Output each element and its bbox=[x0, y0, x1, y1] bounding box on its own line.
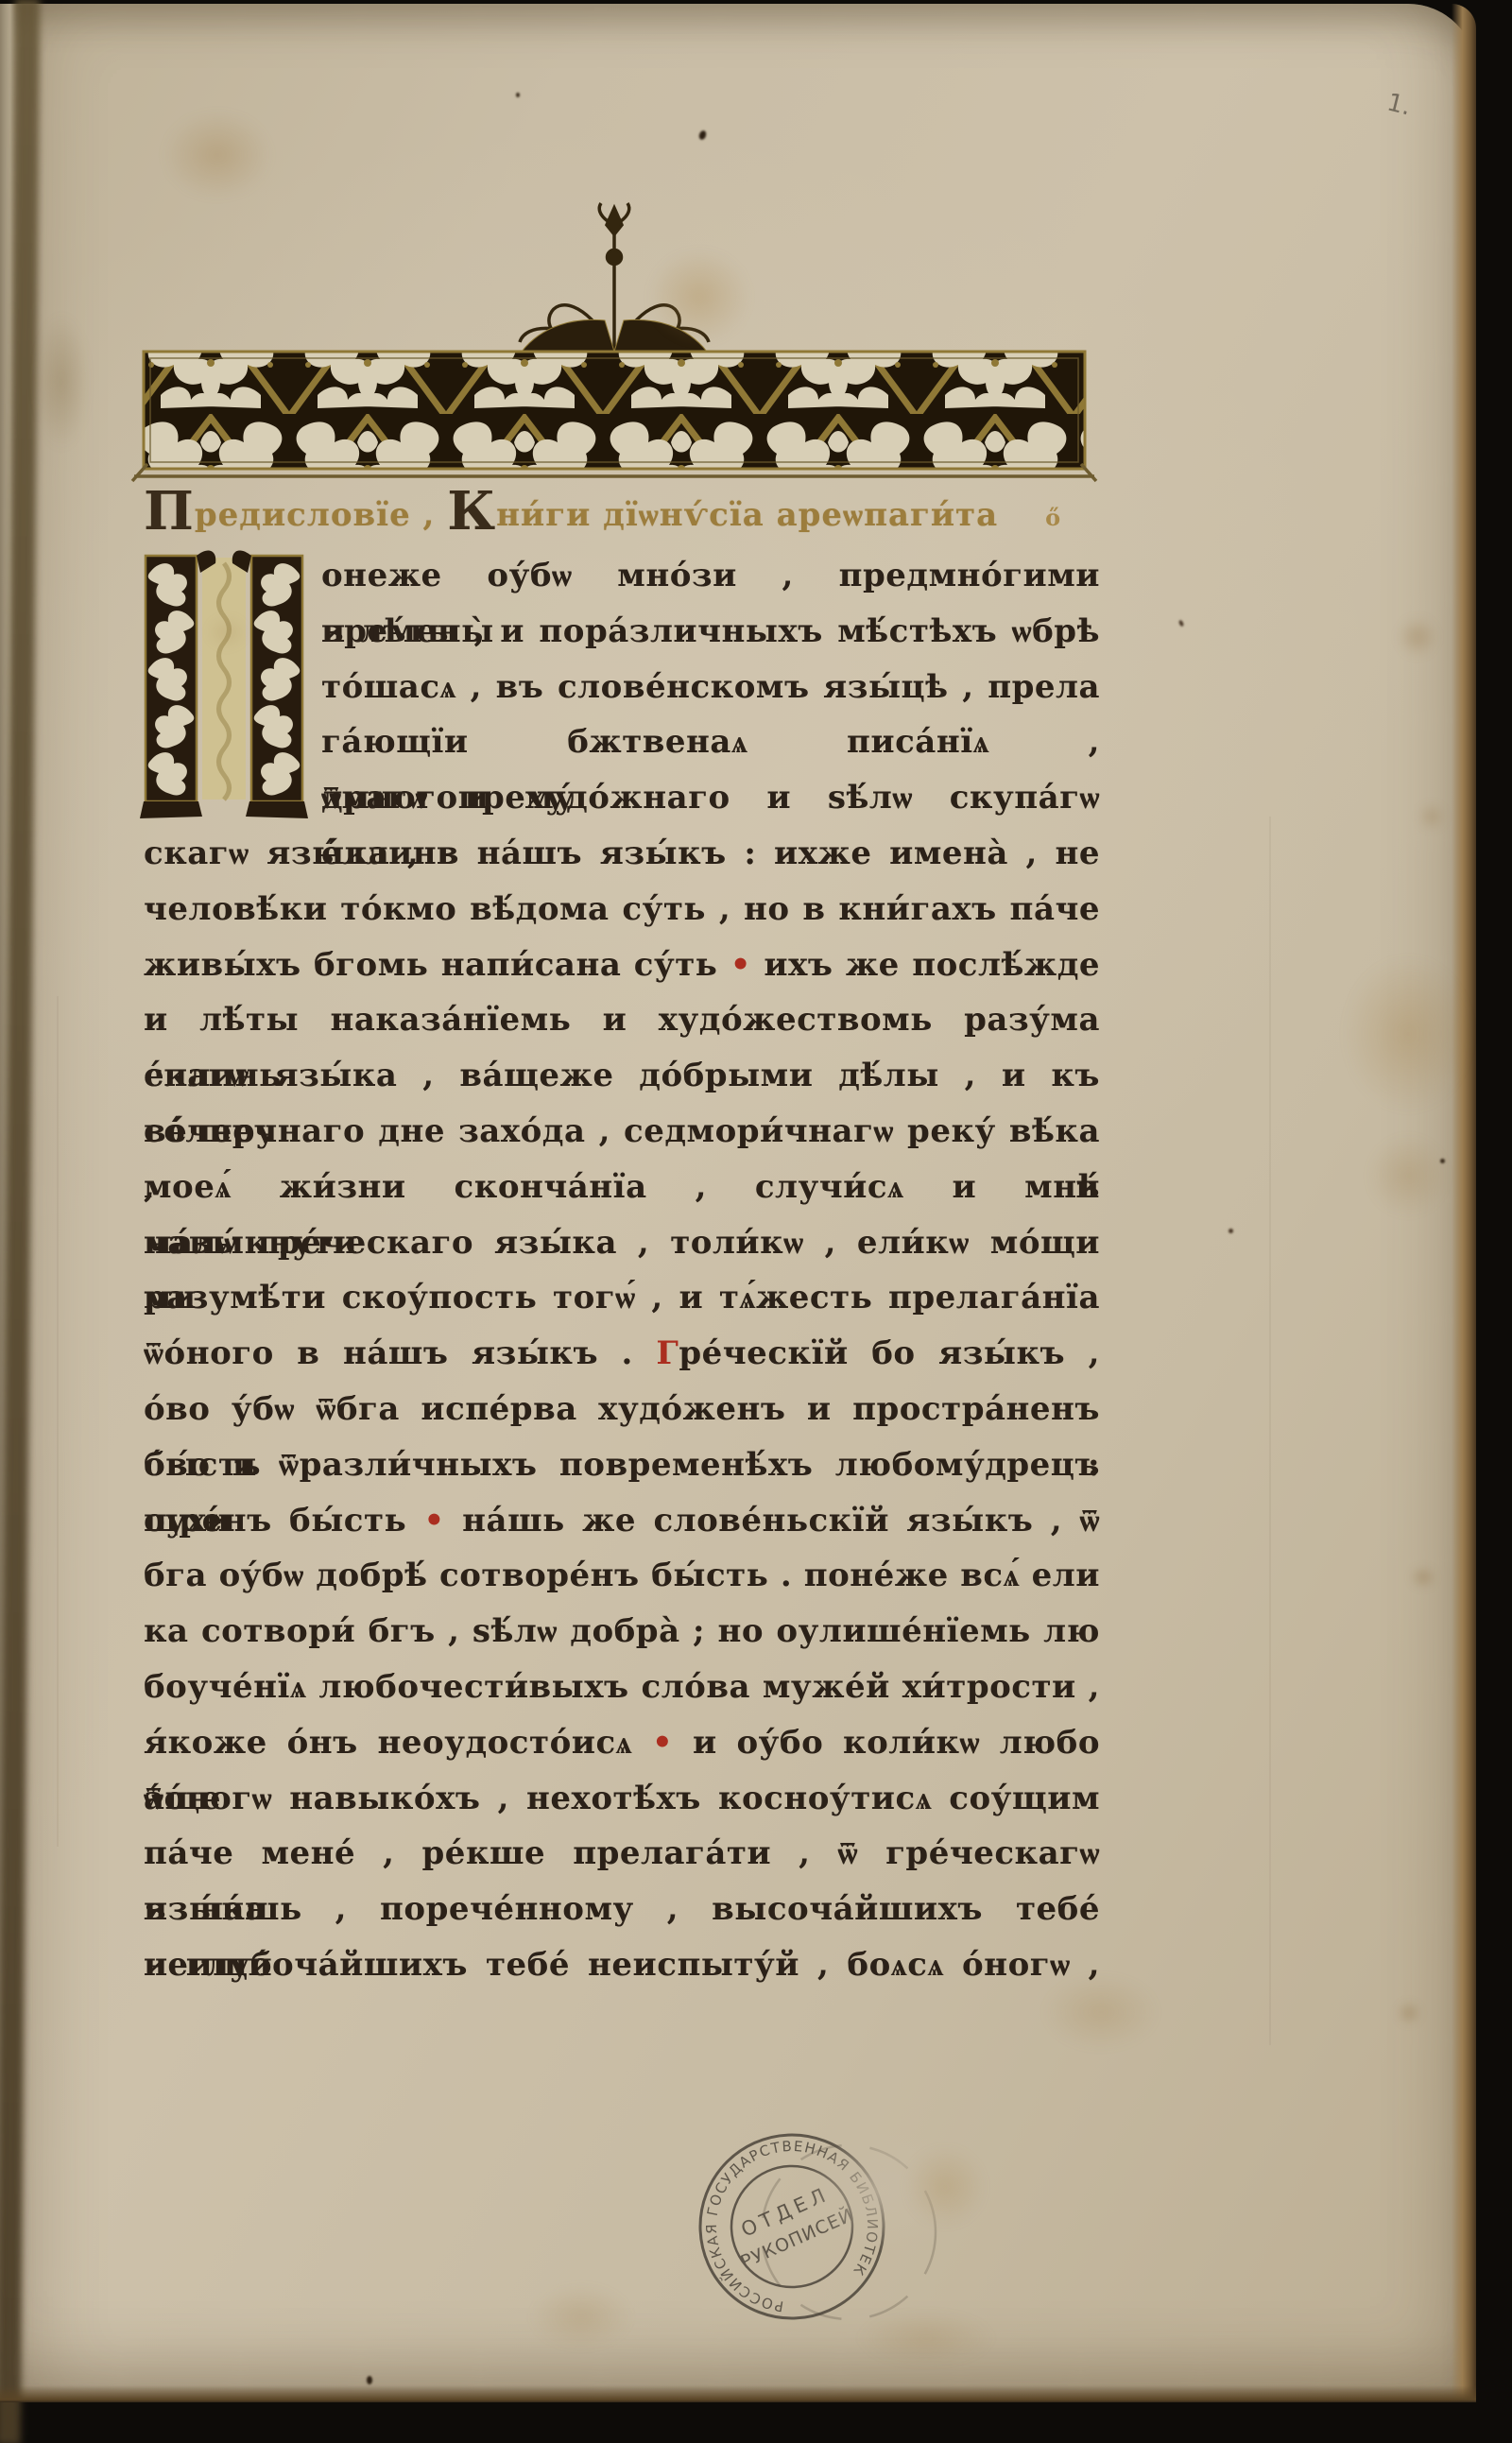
ink-speck bbox=[516, 93, 520, 97]
stain-spot bbox=[628, 231, 770, 363]
stain-spot bbox=[198, 609, 255, 656]
paper-crease bbox=[57, 996, 59, 1847]
text-segment: и глубоча́йшихъ тебе́ неиспыту́й , боѧсѧ… bbox=[144, 1946, 1100, 1984]
text-segment: К bbox=[447, 480, 496, 542]
foxing-spot bbox=[1389, 609, 1446, 665]
stain-spot bbox=[142, 94, 293, 216]
text-segment: ни́ги дїѡнѵ́сїа ареѡпаги́та bbox=[496, 496, 998, 534]
text-segment: ѿо́ного в на́шъ язы́къ . bbox=[144, 1334, 656, 1372]
manuscript-line: онеже оу́бѡ мно́зи , предмно́гими времен… bbox=[144, 548, 1100, 604]
manuscript-line: моеѧ́ жи́зни сконча́нїа , случи́сѧ и мнѣ… bbox=[144, 1160, 1100, 1215]
manuscript-line: разумѣ́ти скоу́пость тогѡ́ , и тѧ́жесть … bbox=[144, 1270, 1100, 1326]
manuscript-line: в на́шь , порече́нному , высоча́йшихъ те… bbox=[144, 1882, 1100, 1937]
text-segment: • bbox=[652, 1724, 673, 1762]
text-segment: то́шасѧ , въ слове́нскомъ язы́цѣ , прела bbox=[321, 668, 1100, 706]
stain-spot bbox=[832, 2300, 1021, 2376]
text-segment: щре́нъ бы́сть bbox=[144, 1502, 424, 1540]
manuscript-line: па́че мене́ , ре́кше прелага́ти , ѿ гре́… bbox=[144, 1826, 1100, 1882]
text-segment: ка сотвори́ бгъ , ѕѣ́лѡ добра̀ ; но оули… bbox=[144, 1612, 1100, 1650]
manuscript-line: ѿо́ного в на́шъ язы́къ . Гре́ческїй бо я… bbox=[144, 1326, 1100, 1382]
manuscript-line: драгѡ и худо́жнаго и ѕѣ́лѡ скупа́гѡ е́лл… bbox=[144, 770, 1100, 826]
manuscript-photo: 1. bbox=[0, 0, 1512, 2443]
manuscript-line: ѿо́ногѡ навыко́хъ , нехотѣ́хъ косноу́тис… bbox=[144, 1771, 1100, 1827]
manuscript-line: человѣ́ки то́кмо вѣ́дома су́ть , но в кн… bbox=[144, 882, 1100, 938]
manuscript-line: и лѣ́ты , и пора́зличныхъ мѣ́стѣхъ ѡбрѣ bbox=[144, 604, 1100, 660]
text-segment: Г bbox=[656, 1334, 679, 1372]
text-segment: и лѣ́ты , и пора́зличныхъ мѣ́стѣхъ ѡбрѣ bbox=[321, 612, 1100, 650]
page-bottom-edge bbox=[0, 2385, 1476, 2402]
manuscript-line: скагѡ язы́ка , в на́шъ язы́къ : ихже име… bbox=[144, 826, 1100, 882]
manuscript-line: боуче́нїѧ любочести́выхъ сло́ва муже́й х… bbox=[144, 1660, 1100, 1715]
ink-speck bbox=[698, 129, 708, 141]
stain-spot bbox=[1318, 925, 1498, 1143]
stain-spot bbox=[510, 2272, 652, 2362]
ink-speck bbox=[1228, 1229, 1233, 1233]
text-segment: боуче́нїѧ любочести́выхъ сло́ва муже́й х… bbox=[144, 1668, 1100, 1706]
paper-crease bbox=[1269, 817, 1271, 2045]
foxing-spot bbox=[1413, 798, 1451, 835]
ink-speck bbox=[1178, 619, 1185, 627]
manuscript-line: со́лнечнаго дне захо́да , седмори́чнагѡ … bbox=[144, 1104, 1100, 1160]
manuscript-page: 1. bbox=[0, 4, 1476, 2402]
text-segment: ихъ же послѣ́жде bbox=[751, 946, 1100, 984]
foxing-spot bbox=[1406, 1563, 1440, 1591]
stain-spot bbox=[1021, 1960, 1181, 2064]
manuscript-line: о́во у́бѡ ѿбга испе́рва худо́женъ и прос… bbox=[144, 1382, 1100, 1437]
text-segment: ѿо́ногѡ навыко́хъ , нехотѣ́хъ косноу́тис… bbox=[144, 1780, 1100, 1817]
manuscript-line: о́во и ѿразли́чныхъ повременѣ́хъ любому́… bbox=[144, 1437, 1100, 1493]
text-segment: разумѣ́ти скоу́пость тогѡ́ , и тѧ́жесть … bbox=[144, 1279, 1100, 1316]
manuscript-line: я́коже о́нъ неоудосто́исѧ • и оу́бо коли… bbox=[144, 1715, 1100, 1771]
manuscript-line: то́шасѧ , въ слове́нскомъ язы́цѣ , прела bbox=[144, 660, 1100, 715]
text-segment: • bbox=[424, 1502, 445, 1540]
foxing-spot bbox=[1393, 1998, 1425, 2028]
headpiece-band bbox=[144, 352, 1085, 469]
ink-speck bbox=[1440, 1159, 1445, 1163]
folio-number: 1. bbox=[1384, 88, 1414, 121]
text-segment: о̋ bbox=[998, 504, 1061, 531]
text-segment: П bbox=[144, 480, 195, 542]
text-segment: • bbox=[730, 946, 751, 984]
text-segment: бга оу́бѡ добрѣ́ сотворе́нъ бы́сть . пон… bbox=[144, 1557, 1100, 1594]
ink-speck bbox=[367, 2376, 372, 2384]
text-segment: ре́ческїй бо язы́къ , bbox=[679, 1334, 1100, 1372]
body-text: онеже оу́бѡ мно́зи , предмно́гими времен… bbox=[144, 548, 1100, 1993]
text-segment: редисловїе , bbox=[195, 496, 447, 534]
headline: Предисловїе , Кни́ги дїѡнѵ́сїа ареѡпаги́… bbox=[144, 482, 1100, 544]
text-segment: живы́хъ бгомь напи́сана су́ть bbox=[144, 946, 730, 984]
manuscript-line: и лѣ́ты наказа́нїемь и худо́жествомь раз… bbox=[144, 992, 1100, 1048]
manuscript-line: скагѡ язы́ка , ва́щеже до́брыми дѣ́лы , … bbox=[144, 1048, 1100, 1104]
stain-spot bbox=[24, 287, 99, 476]
manuscript-line: га́ющїи бжтвенаѧ писа́нїѧ , ѿмногопрему́ bbox=[144, 714, 1100, 770]
text-segment: я́коже о́нъ неоудосто́исѧ bbox=[144, 1724, 652, 1762]
stain-spot bbox=[1351, 1119, 1465, 1232]
manuscript-line: и глубоча́йшихъ тебе́ неиспыту́й , боѧсѧ… bbox=[144, 1937, 1100, 1993]
manuscript-line: бга оу́бѡ добрѣ́ сотворе́нъ бы́сть . пон… bbox=[144, 1548, 1100, 1604]
manuscript-line: щре́нъ бы́сть • на́шь же слове́ньскїй яз… bbox=[144, 1493, 1100, 1549]
manuscript-line: живы́хъ бгомь напи́сана су́ть • ихъ же п… bbox=[144, 938, 1100, 993]
manuscript-line: ка сотвори́ бгъ , ѕѣ́лѡ добра̀ ; но оули… bbox=[144, 1604, 1100, 1660]
stain-spot bbox=[888, 2130, 1002, 2244]
text-segment: скагѡ язы́ка , в на́шъ язы́къ : ихже име… bbox=[144, 834, 1100, 872]
text-segment: на́шь же слове́ньскїй язы́къ , ѿ bbox=[445, 1502, 1100, 1540]
text-segment: человѣ́ки то́кмо вѣ́дома су́ть , но в кн… bbox=[144, 890, 1100, 928]
headpiece-woodcut-ornament bbox=[132, 202, 1096, 486]
manuscript-line: ма́лѡ гре́ческаго язы́ка , толи́кѡ , ели… bbox=[144, 1215, 1100, 1271]
